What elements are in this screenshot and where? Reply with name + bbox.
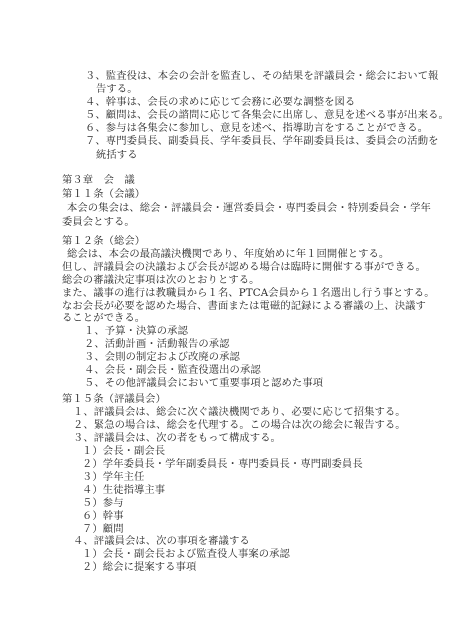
chapter3-meetings-section: 第３章 会 議第１１条（会議）本会の集会は、総会・評議員会・運営委員会・専門委員… — [62, 173, 433, 229]
text-line: 告する。 — [62, 83, 433, 96]
text-line: ３、監査役は、本会の会計を監査し、その結果を評議員会・総会において報 — [62, 70, 433, 83]
text-line: ７、専門委員長、副委員長、学年委員長、学年副委員長は、委員会の活動を — [62, 135, 433, 148]
document-page: ３、監査役は、本会の会計を監査し、その結果を評議員会・総会において報告する。４、… — [0, 0, 453, 640]
text-line: ４、幹事は、会長の求めに応じて会務に必要な調整を図る — [62, 96, 433, 109]
text-line: １、予算・決算の承認 — [62, 325, 433, 338]
text-line: ２）学年委員長・学年副委員長・専門委員長・専門副委員長 — [62, 458, 433, 471]
text-line: ５）参与 — [62, 497, 433, 510]
text-line: ３）学年主任 — [62, 471, 433, 484]
text-line: また、議事の進行は教職員から１名、PTCA会員から１名選出し行う事とする。 — [62, 287, 433, 300]
text-line: 但し、評議員会の決議および会長が認める場合は臨時に開催する事ができる。 — [62, 261, 433, 274]
text-line: 委員会とする。 — [62, 215, 433, 229]
text-line: ７）顧問 — [62, 523, 433, 536]
text-line: １）会長・副会長および監査役人事案の承認 — [62, 548, 433, 561]
text-line: ３、会則の制定および改廃の承認 — [62, 351, 433, 364]
text-line: 総会は、本会の最高議決機関であり、年度始めに年１回開催とする。 — [62, 248, 433, 261]
text-line: ３、評議員会は、次の者をもって構成する。 — [62, 432, 433, 445]
text-line: １、評議員会は、総会に次ぐ議決機関であり、必要に応じて招集する。 — [62, 406, 433, 419]
text-line: 第１５条（評議員会） — [62, 393, 433, 406]
text-line: ４、評議員会は、次の事項を審議する — [62, 535, 433, 548]
text-line: 第１２条（総会） — [62, 235, 433, 248]
text-line: ２、活動計画・活動報告の承認 — [62, 338, 433, 351]
text-line: ることができる。 — [62, 312, 433, 325]
text-line: 総会の審議決定事項は次のとおりとする。 — [62, 274, 433, 287]
text-line: ４）生徒指導主事 — [62, 484, 433, 497]
text-line: ５、顧問は、会長の諮問に応じて各集会に出席し、意見を述べる事が出来る。 — [62, 109, 433, 122]
text-line: 第１１条（会議） — [62, 187, 433, 201]
text-line: 統括する — [62, 149, 433, 162]
article15-council-section: 第１５条（評議員会）１、評議員会は、総会に次ぐ議決機関であり、必要に応じて招集す… — [62, 393, 433, 574]
text-line: ４、会長・副会長・監査役選出の承認 — [62, 364, 433, 377]
text-line: ６）幹事 — [62, 510, 433, 523]
text-line: ５、その他評議員会において重要事項と認めた事項 — [62, 377, 433, 390]
article12-general-assembly-section: 第１２条（総会）総会は、本会の最高議決機関であり、年度始めに年１回開催とする。但… — [62, 235, 433, 390]
text-line: １）会長・副会長 — [62, 445, 433, 458]
text-line: なお会長が必要を認めた場合、書面または電磁的記録による審議の上、決議す — [62, 300, 433, 313]
text-line: 本会の集会は、総会・評議員会・運営委員会・専門委員会・特別委員会・学年 — [62, 201, 433, 215]
text-line: ２、緊急の場合は、総会を代理する。この場合は次の総会に報告する。 — [62, 419, 433, 432]
officer-duties-list: ３、監査役は、本会の会計を監査し、その結果を評議員会・総会において報告する。４、… — [62, 70, 433, 162]
text-line: ６、参与は各集会に参加し、意見を述べ、指導助言をすることができる。 — [62, 122, 433, 135]
text-line: 第３章 会 議 — [62, 173, 433, 187]
text-line: ２）総会に提案する事項 — [62, 561, 433, 574]
